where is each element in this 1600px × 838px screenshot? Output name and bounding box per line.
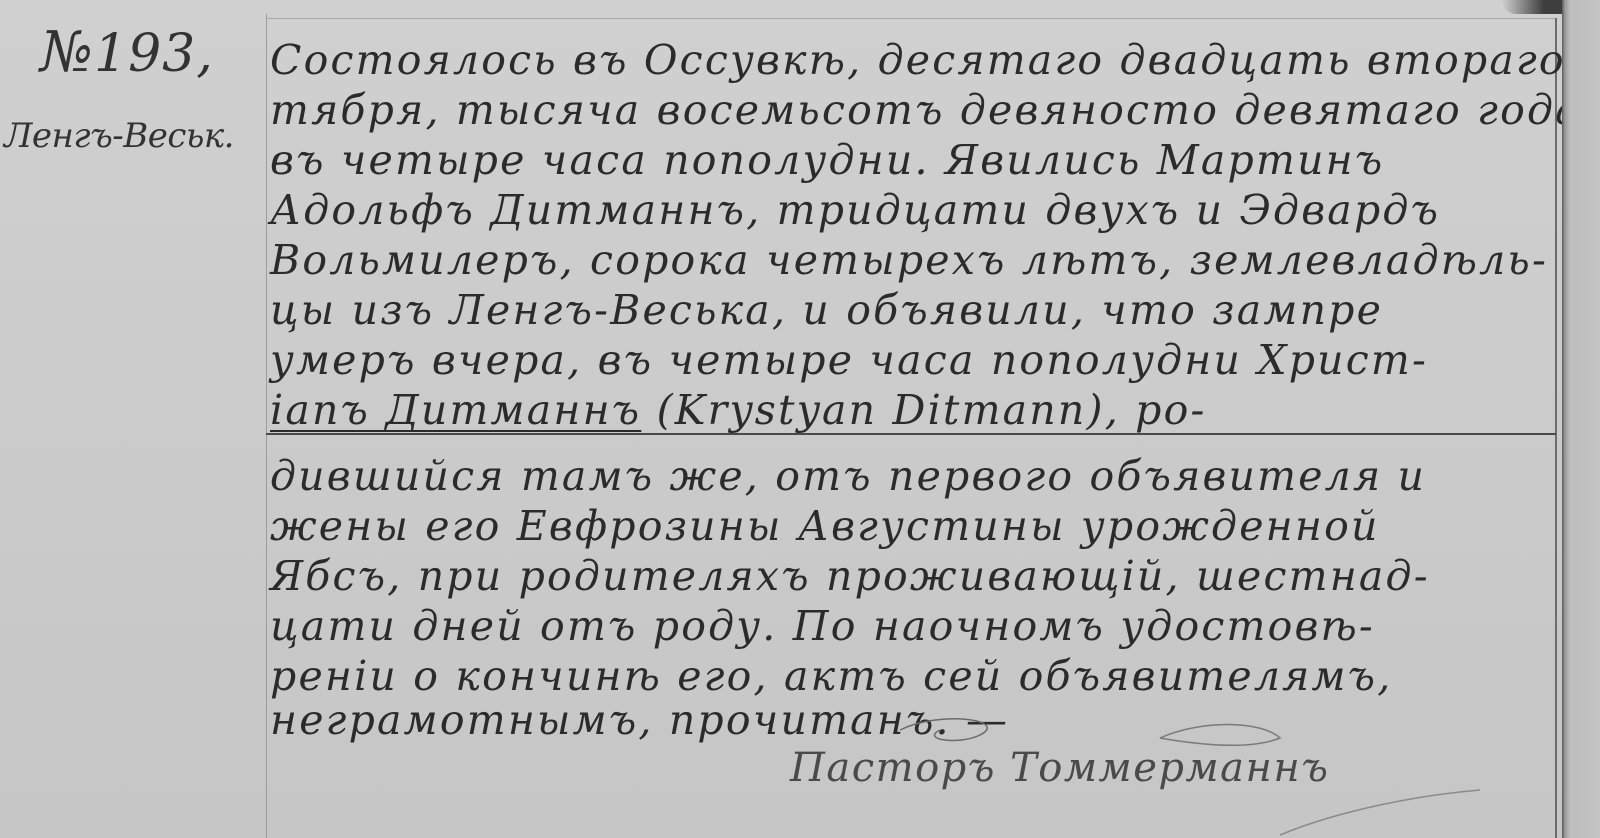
text-line-12: цати дней отъ роду. По наочномъ удостовѣ…: [270, 602, 1375, 650]
page-corner-shadow: [1502, 0, 1562, 14]
text-line-4: Адольфъ Дитманнъ, тридцати двухъ и Эдвар…: [270, 186, 1440, 234]
record-number-value: 193,: [94, 24, 214, 84]
right-border-rule: [1555, 18, 1557, 838]
record-number: №193,: [40, 20, 214, 85]
text-line-2: тября, тысяча восемьсотъ девяносто девят…: [270, 86, 1597, 134]
text-line-9: дившийся тамъ же, отъ первого объявителя…: [270, 452, 1426, 500]
margin-rule: [266, 14, 267, 838]
deceased-name-latin: (Krystyan Ditmann), ро-: [657, 386, 1207, 434]
text-line-7-content: умеръ вчера, въ четыре часа пополудни Хр…: [270, 336, 1428, 384]
text-line-7: умеръ вчера, въ четыре часа пополудни Хр…: [270, 336, 1428, 384]
text-line-5: Вольмилеръ, сорока четырехъ лѣтъ, землев…: [270, 236, 1548, 284]
text-line-13: ренiи о кончинѣ его, актъ сей объявителя…: [270, 652, 1392, 700]
text-line-8: ianъ Дитманнъ (Krystyan Ditmann), ро-: [270, 386, 1207, 434]
village-name: Ленгъ-Веськ.: [4, 116, 234, 156]
deceased-name: ianъ Дитманнъ: [270, 386, 641, 434]
text-line-3: въ четыре часа пополудни. Явились Мартин…: [270, 136, 1384, 184]
book-binding-edge: [1562, 0, 1600, 838]
text-line-10: жены его Евфрозины Августины урожденной: [270, 502, 1380, 550]
text-line-11: Ябсъ, при родителяхъ проживающiй, шестна…: [270, 552, 1430, 600]
document-page: №193, Ленгъ-Веськ. Состоялось въ Оссувкѣ…: [0, 0, 1562, 838]
number-sign: №: [40, 20, 94, 85]
record-separator-rule: [266, 433, 1556, 435]
pastor-signature: Пасторъ Томмерманнъ: [790, 745, 1329, 791]
text-line-6: цы изъ Ленгъ-Веська, и объявили, что зам…: [270, 286, 1383, 334]
top-rule: [266, 18, 1556, 19]
text-line-14: неграмотнымъ, прочитанъ. —: [270, 696, 1009, 744]
text-line-1: Состоялось въ Оссувкѣ, десятаго двадцать…: [270, 36, 1600, 84]
